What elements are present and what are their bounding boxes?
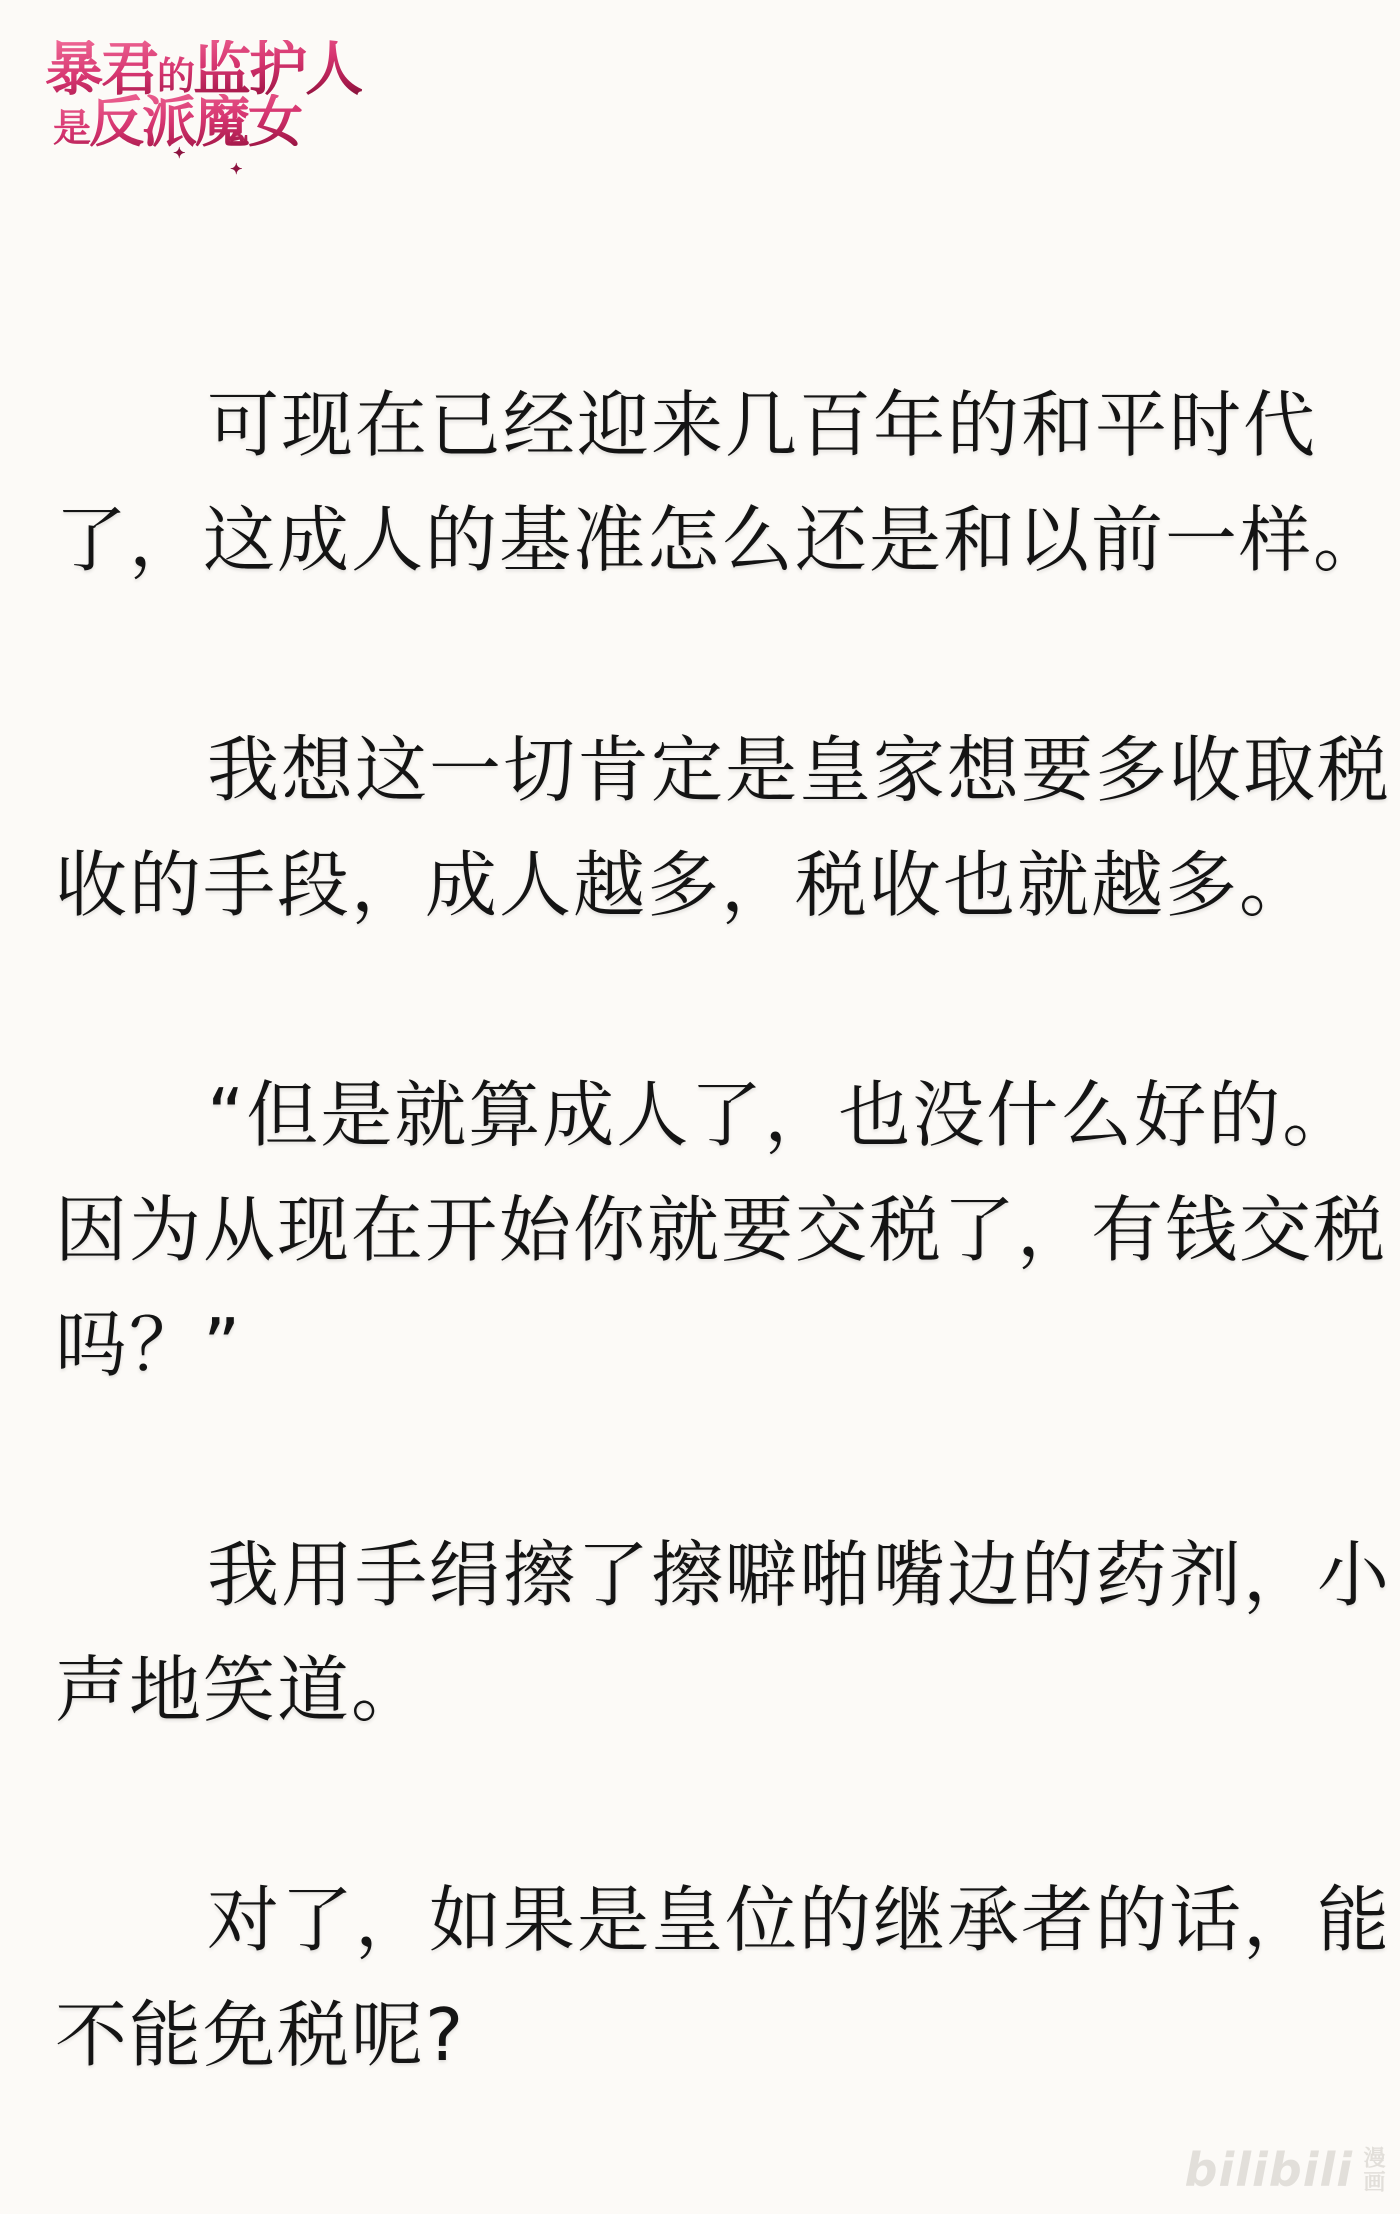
sparkle-icon: ✦ [173,146,186,161]
novel-reader-page: 暴君的监护人 是反派魔女 ✦ ✦ 可现在已经迎来几百年的和平时代 了，这成人的基… [0,0,1400,2214]
paragraph: 我用手绢擦了擦噼啪嘴边的药剂，小 声地笑道。 [55,1518,1392,1748]
logo-char: 魔 [195,89,248,154]
paragraph: 我想这一切肯定是皇家想要多收取税 收的手段，成人越多，税收也就越多。 [55,713,1392,943]
text-line: 我用手绢擦了擦噼啪嘴边的药剂，小 [55,1518,1392,1633]
bilibili-comics-label: 漫画 [1360,2146,1384,2194]
paragraph: 可现在已经迎来几百年的和平时代 了，这成人的基准怎么还是和以前一样。 [55,368,1392,598]
sparkle-icon: ✦ [230,162,243,177]
text-line: 不能免税呢? [55,1978,1392,2093]
text-line: 可现在已经迎来几百年的和平时代 [55,368,1392,483]
novel-text: 可现在已经迎来几百年的和平时代 了，这成人的基准怎么还是和以前一样。 我想这一切… [55,368,1392,2208]
bilibili-logo: bilibili [1185,2147,1353,2193]
logo-char: 女 [248,89,301,154]
text-line: “但是就算成人了，也没什么好的。 [55,1058,1392,1173]
bilibili-watermark: bilibili 漫画 [1185,2146,1384,2194]
logo-char: 是 [53,105,89,150]
text-line: 声地笑道。 [55,1633,1392,1748]
logo-char: 派 [142,89,195,154]
logo-char: 人 [305,35,361,103]
text-line: 收的手段，成人越多，税收也就越多。 [55,828,1392,943]
series-logo: 暴君的监护人 是反派魔女 ✦ ✦ [45,40,405,149]
text-line: 我想这一切肯定是皇家想要多收取税 [55,713,1392,828]
text-line: 对了，如果是皇位的继承者的话，能 [55,1863,1392,1978]
logo-char: 反 [89,89,142,154]
text-line: 因为从现在开始你就要交税了，有钱交税 [55,1173,1392,1288]
paragraph: 对了，如果是皇位的继承者的话，能 不能免税呢? [55,1863,1392,2093]
paragraph: “但是就算成人了，也没什么好的。 因为从现在开始你就要交税了，有钱交税 吗？” [55,1058,1392,1403]
text-line: 了，这成人的基准怎么还是和以前一样。 [55,483,1392,598]
text-line: 吗？” [55,1288,1392,1403]
